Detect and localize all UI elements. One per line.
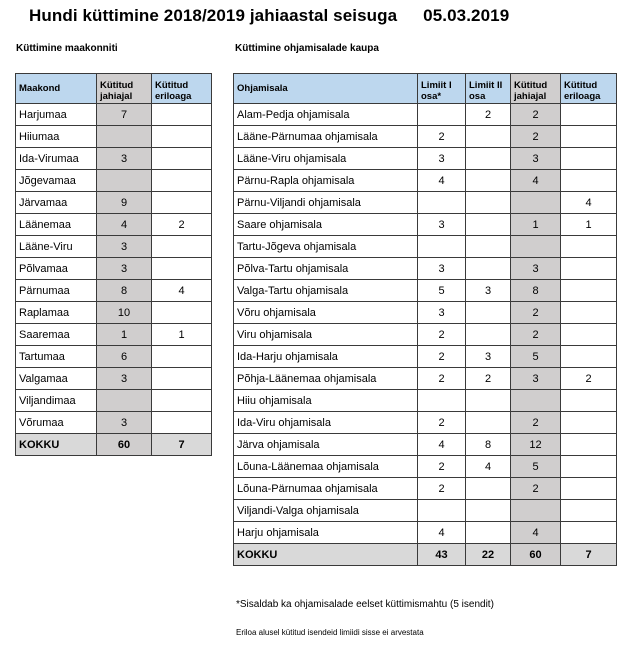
table-row: Valgamaa3 xyxy=(16,368,212,390)
table-total-row: KOKKU607 xyxy=(16,434,212,456)
cell-limiit1 xyxy=(418,390,466,412)
cell-limiit2 xyxy=(466,302,511,324)
table-row: Põlvamaa3 xyxy=(16,258,212,280)
row-label: KOKKU xyxy=(234,544,418,566)
cell-limiit2: 3 xyxy=(466,280,511,302)
table-row: Valga-Tartu ohjamisala538 xyxy=(234,280,617,302)
row-label: Tartumaa xyxy=(16,346,97,368)
cell-limiit1: 4 xyxy=(418,434,466,456)
cell-limiit2: 22 xyxy=(466,544,511,566)
col-header-permit: Kütitud eriloaga xyxy=(152,74,212,104)
row-label: Saaremaa xyxy=(16,324,97,346)
cell-limiit1: 43 xyxy=(418,544,466,566)
cell-eriloaga xyxy=(152,368,212,390)
table-row: Tartumaa6 xyxy=(16,346,212,368)
cell-limiit1: 3 xyxy=(418,302,466,324)
cell-limiit2 xyxy=(466,500,511,522)
cell-limiit2 xyxy=(466,522,511,544)
row-label: Lõuna-Pärnumaa ohjamisala xyxy=(234,478,418,500)
cell-limiit1 xyxy=(418,104,466,126)
cell-jahiajal: 2 xyxy=(511,324,561,346)
cell-limiit1: 3 xyxy=(418,214,466,236)
cell-jahiajal: 3 xyxy=(511,148,561,170)
cell-limiit2 xyxy=(466,236,511,258)
cell-jahiajal xyxy=(511,236,561,258)
cell-eriloaga xyxy=(561,500,617,522)
table-row: Pärnumaa84 xyxy=(16,280,212,302)
cell-limiit1: 2 xyxy=(418,126,466,148)
cell-limiit2: 2 xyxy=(466,368,511,390)
table-row: Saare ohjamisala311 xyxy=(234,214,617,236)
table-row: Raplamaa10 xyxy=(16,302,212,324)
cell-eriloaga xyxy=(152,346,212,368)
cell-limiit1: 2 xyxy=(418,412,466,434)
row-label: Harjumaa xyxy=(16,104,97,126)
cell-limiit1: 4 xyxy=(418,522,466,544)
cell-jahiajal xyxy=(511,390,561,412)
cell-jahiajal: 12 xyxy=(511,434,561,456)
table-row: Ida-Virumaa3 xyxy=(16,148,212,170)
cell-jahiajal: 2 xyxy=(511,126,561,148)
cell-jahiajal: 8 xyxy=(97,280,152,302)
cell-limiit2 xyxy=(466,258,511,280)
cell-eriloaga xyxy=(152,236,212,258)
table-row: Pärnu-Rapla ohjamisala44 xyxy=(234,170,617,192)
cell-eriloaga xyxy=(561,236,617,258)
table-row: Alam-Pedja ohjamisala22 xyxy=(234,104,617,126)
cell-jahiajal: 10 xyxy=(97,302,152,324)
cell-jahiajal xyxy=(511,192,561,214)
cell-eriloaga: 1 xyxy=(561,214,617,236)
col-header-region: Ohjamisala xyxy=(234,74,418,104)
table-row: Põhja-Läänemaa ohjamisala2232 xyxy=(234,368,617,390)
table-header-row: Ohjamisala Limiit I osa* Limiit II osa K… xyxy=(234,74,617,104)
row-label: Viljandimaa xyxy=(16,390,97,412)
county-section-title: Küttimine maakonniti xyxy=(16,43,118,54)
table-row: Viljandimaa xyxy=(16,390,212,412)
cell-eriloaga xyxy=(561,456,617,478)
cell-limiit1 xyxy=(418,236,466,258)
cell-jahiajal xyxy=(97,390,152,412)
row-label: Hiiu ohjamisala xyxy=(234,390,418,412)
table-row: Ida-Viru ohjamisala22 xyxy=(234,412,617,434)
table-row: Saaremaa11 xyxy=(16,324,212,346)
cell-limiit2 xyxy=(466,192,511,214)
table-row: Ida-Harju ohjamisala235 xyxy=(234,346,617,368)
col-header-limit1: Limiit I osa* xyxy=(418,74,466,104)
cell-jahiajal: 5 xyxy=(511,346,561,368)
cell-jahiajal: 3 xyxy=(511,258,561,280)
cell-eriloaga: 2 xyxy=(561,368,617,390)
cell-eriloaga xyxy=(152,390,212,412)
cell-eriloaga xyxy=(152,148,212,170)
cell-eriloaga: 7 xyxy=(152,434,212,456)
cell-eriloaga xyxy=(561,170,617,192)
row-label: Põlva-Tartu ohjamisala xyxy=(234,258,418,280)
cell-jahiajal xyxy=(97,170,152,192)
cell-jahiajal: 9 xyxy=(97,192,152,214)
row-label: Ida-Viru ohjamisala xyxy=(234,412,418,434)
cell-limiit1: 4 xyxy=(418,170,466,192)
cell-jahiajal: 3 xyxy=(511,368,561,390)
cell-eriloaga: 4 xyxy=(561,192,617,214)
row-label: Ida-Harju ohjamisala xyxy=(234,346,418,368)
cell-eriloaga: 7 xyxy=(561,544,617,566)
cell-limiit1: 3 xyxy=(418,258,466,280)
table-row: Viru ohjamisala22 xyxy=(234,324,617,346)
row-label: Võrumaa xyxy=(16,412,97,434)
cell-jahiajal: 60 xyxy=(97,434,152,456)
row-label: Saare ohjamisala xyxy=(234,214,418,236)
row-label: Lääne-Pärnumaa ohjamisala xyxy=(234,126,418,148)
row-label: Lõuna-Läänemaa ohjamisala xyxy=(234,456,418,478)
cell-jahiajal: 1 xyxy=(97,324,152,346)
row-label: Jõgevamaa xyxy=(16,170,97,192)
table-row: Võrumaa3 xyxy=(16,412,212,434)
table-row: Lõuna-Läänemaa ohjamisala245 xyxy=(234,456,617,478)
cell-eriloaga xyxy=(152,192,212,214)
cell-limiit1: 3 xyxy=(418,148,466,170)
row-label: Lääne-Viru ohjamisala xyxy=(234,148,418,170)
cell-limiit2: 3 xyxy=(466,346,511,368)
cell-jahiajal: 6 xyxy=(97,346,152,368)
table-row: Põlva-Tartu ohjamisala33 xyxy=(234,258,617,280)
table-row: Viljandi-Valga ohjamisala xyxy=(234,500,617,522)
cell-jahiajal: 5 xyxy=(511,456,561,478)
cell-jahiajal: 2 xyxy=(511,478,561,500)
row-label: Võru ohjamisala xyxy=(234,302,418,324)
row-label: Pärnumaa xyxy=(16,280,97,302)
table-row: Võru ohjamisala32 xyxy=(234,302,617,324)
row-label: Põlvamaa xyxy=(16,258,97,280)
cell-eriloaga xyxy=(152,412,212,434)
table-row: Harju ohjamisala44 xyxy=(234,522,617,544)
row-label: KOKKU xyxy=(16,434,97,456)
table-row: Pärnu-Viljandi ohjamisala4 xyxy=(234,192,617,214)
cell-eriloaga xyxy=(561,434,617,456)
cell-eriloaga: 4 xyxy=(152,280,212,302)
table-row: Hiiumaa xyxy=(16,126,212,148)
row-label: Viljandi-Valga ohjamisala xyxy=(234,500,418,522)
cell-jahiajal: 2 xyxy=(511,104,561,126)
county-table: Maakond Kütitud jahiajal Kütitud eriloag… xyxy=(15,73,212,456)
footnote-permit: Eriloa alusel kütitud isendeid limiidi s… xyxy=(236,628,424,637)
row-label: Hiiumaa xyxy=(16,126,97,148)
cell-eriloaga xyxy=(561,390,617,412)
table-row: Järva ohjamisala4812 xyxy=(234,434,617,456)
cell-eriloaga xyxy=(561,104,617,126)
cell-limiit2: 2 xyxy=(466,104,511,126)
table-row: Läänemaa42 xyxy=(16,214,212,236)
cell-limiit1 xyxy=(418,500,466,522)
row-label: Alam-Pedja ohjamisala xyxy=(234,104,418,126)
cell-limiit1: 2 xyxy=(418,346,466,368)
cell-eriloaga: 1 xyxy=(152,324,212,346)
table-row: Järvamaa9 xyxy=(16,192,212,214)
cell-jahiajal: 3 xyxy=(97,412,152,434)
cell-limiit2 xyxy=(466,390,511,412)
row-label: Harju ohjamisala xyxy=(234,522,418,544)
cell-eriloaga xyxy=(152,258,212,280)
col-header-limit2: Limiit II osa xyxy=(466,74,511,104)
row-label: Valga-Tartu ohjamisala xyxy=(234,280,418,302)
row-label: Pärnu-Viljandi ohjamisala xyxy=(234,192,418,214)
cell-jahiajal: 4 xyxy=(97,214,152,236)
col-header-season: Kütitud jahiajal xyxy=(511,74,561,104)
row-label: Järva ohjamisala xyxy=(234,434,418,456)
cell-limiit1: 2 xyxy=(418,368,466,390)
table-header-row: Maakond Kütitud jahiajal Kütitud eriloag… xyxy=(16,74,212,104)
row-label: Valgamaa xyxy=(16,368,97,390)
row-label: Tartu-Jõgeva ohjamisala xyxy=(234,236,418,258)
page-title: Hundi küttimine 2018/2019 jahiaastal sei… xyxy=(29,6,509,26)
row-label: Raplamaa xyxy=(16,302,97,324)
cell-limiit2 xyxy=(466,478,511,500)
cell-jahiajal: 60 xyxy=(511,544,561,566)
row-label: Ida-Virumaa xyxy=(16,148,97,170)
cell-jahiajal: 3 xyxy=(97,236,152,258)
cell-eriloaga xyxy=(561,148,617,170)
cell-jahiajal xyxy=(97,126,152,148)
cell-eriloaga xyxy=(561,126,617,148)
cell-eriloaga xyxy=(152,302,212,324)
cell-eriloaga xyxy=(561,522,617,544)
cell-jahiajal: 7 xyxy=(97,104,152,126)
title-text: Hundi küttimine 2018/2019 jahiaastal sei… xyxy=(29,6,397,25)
cell-jahiajal: 3 xyxy=(97,148,152,170)
table-total-row: KOKKU4322607 xyxy=(234,544,617,566)
cell-eriloaga xyxy=(561,258,617,280)
row-label: Läänemaa xyxy=(16,214,97,236)
cell-jahiajal: 3 xyxy=(97,258,152,280)
row-label: Järvamaa xyxy=(16,192,97,214)
region-table: Ohjamisala Limiit I osa* Limiit II osa K… xyxy=(233,73,617,566)
row-label: Pärnu-Rapla ohjamisala xyxy=(234,170,418,192)
cell-limiit2 xyxy=(466,214,511,236)
cell-eriloaga xyxy=(561,412,617,434)
cell-limiit2 xyxy=(466,148,511,170)
table-row: Hiiu ohjamisala xyxy=(234,390,617,412)
cell-eriloaga xyxy=(152,170,212,192)
table-row: Lõuna-Pärnumaa ohjamisala22 xyxy=(234,478,617,500)
cell-limiit2: 4 xyxy=(466,456,511,478)
cell-jahiajal: 2 xyxy=(511,302,561,324)
col-header-season: Kütitud jahiajal xyxy=(97,74,152,104)
table-row: Lääne-Pärnumaa ohjamisala22 xyxy=(234,126,617,148)
cell-jahiajal: 8 xyxy=(511,280,561,302)
cell-jahiajal: 3 xyxy=(97,368,152,390)
row-label: Põhja-Läänemaa ohjamisala xyxy=(234,368,418,390)
cell-limiit1: 2 xyxy=(418,478,466,500)
cell-jahiajal: 1 xyxy=(511,214,561,236)
cell-limiit1: 5 xyxy=(418,280,466,302)
col-header-permit: Kütitud eriloaga xyxy=(561,74,617,104)
table-row: Harjumaa7 xyxy=(16,104,212,126)
table-row: Lääne-Viru3 xyxy=(16,236,212,258)
cell-limiit2 xyxy=(466,126,511,148)
table-row: Lääne-Viru ohjamisala33 xyxy=(234,148,617,170)
table-row: Tartu-Jõgeva ohjamisala xyxy=(234,236,617,258)
cell-limiit2 xyxy=(466,324,511,346)
cell-eriloaga xyxy=(561,478,617,500)
cell-eriloaga xyxy=(152,126,212,148)
cell-limiit1: 2 xyxy=(418,456,466,478)
cell-jahiajal: 2 xyxy=(511,412,561,434)
cell-limiit2 xyxy=(466,412,511,434)
cell-limiit1: 2 xyxy=(418,324,466,346)
cell-jahiajal xyxy=(511,500,561,522)
footnote-limit: *Sisaldab ka ohjamisalade eelset küttimi… xyxy=(236,599,494,610)
cell-eriloaga xyxy=(561,346,617,368)
cell-eriloaga xyxy=(561,302,617,324)
cell-limiit1 xyxy=(418,192,466,214)
title-date: 05.03.2019 xyxy=(423,6,509,25)
table-row: Jõgevamaa xyxy=(16,170,212,192)
cell-eriloaga xyxy=(561,280,617,302)
cell-jahiajal: 4 xyxy=(511,170,561,192)
cell-limiit2 xyxy=(466,170,511,192)
row-label: Viru ohjamisala xyxy=(234,324,418,346)
row-label: Lääne-Viru xyxy=(16,236,97,258)
col-header-county: Maakond xyxy=(16,74,97,104)
region-section-title: Küttimine ohjamisalade kaupa xyxy=(235,43,379,54)
cell-eriloaga xyxy=(561,324,617,346)
cell-limiit2: 8 xyxy=(466,434,511,456)
cell-eriloaga xyxy=(152,104,212,126)
cell-jahiajal: 4 xyxy=(511,522,561,544)
cell-eriloaga: 2 xyxy=(152,214,212,236)
